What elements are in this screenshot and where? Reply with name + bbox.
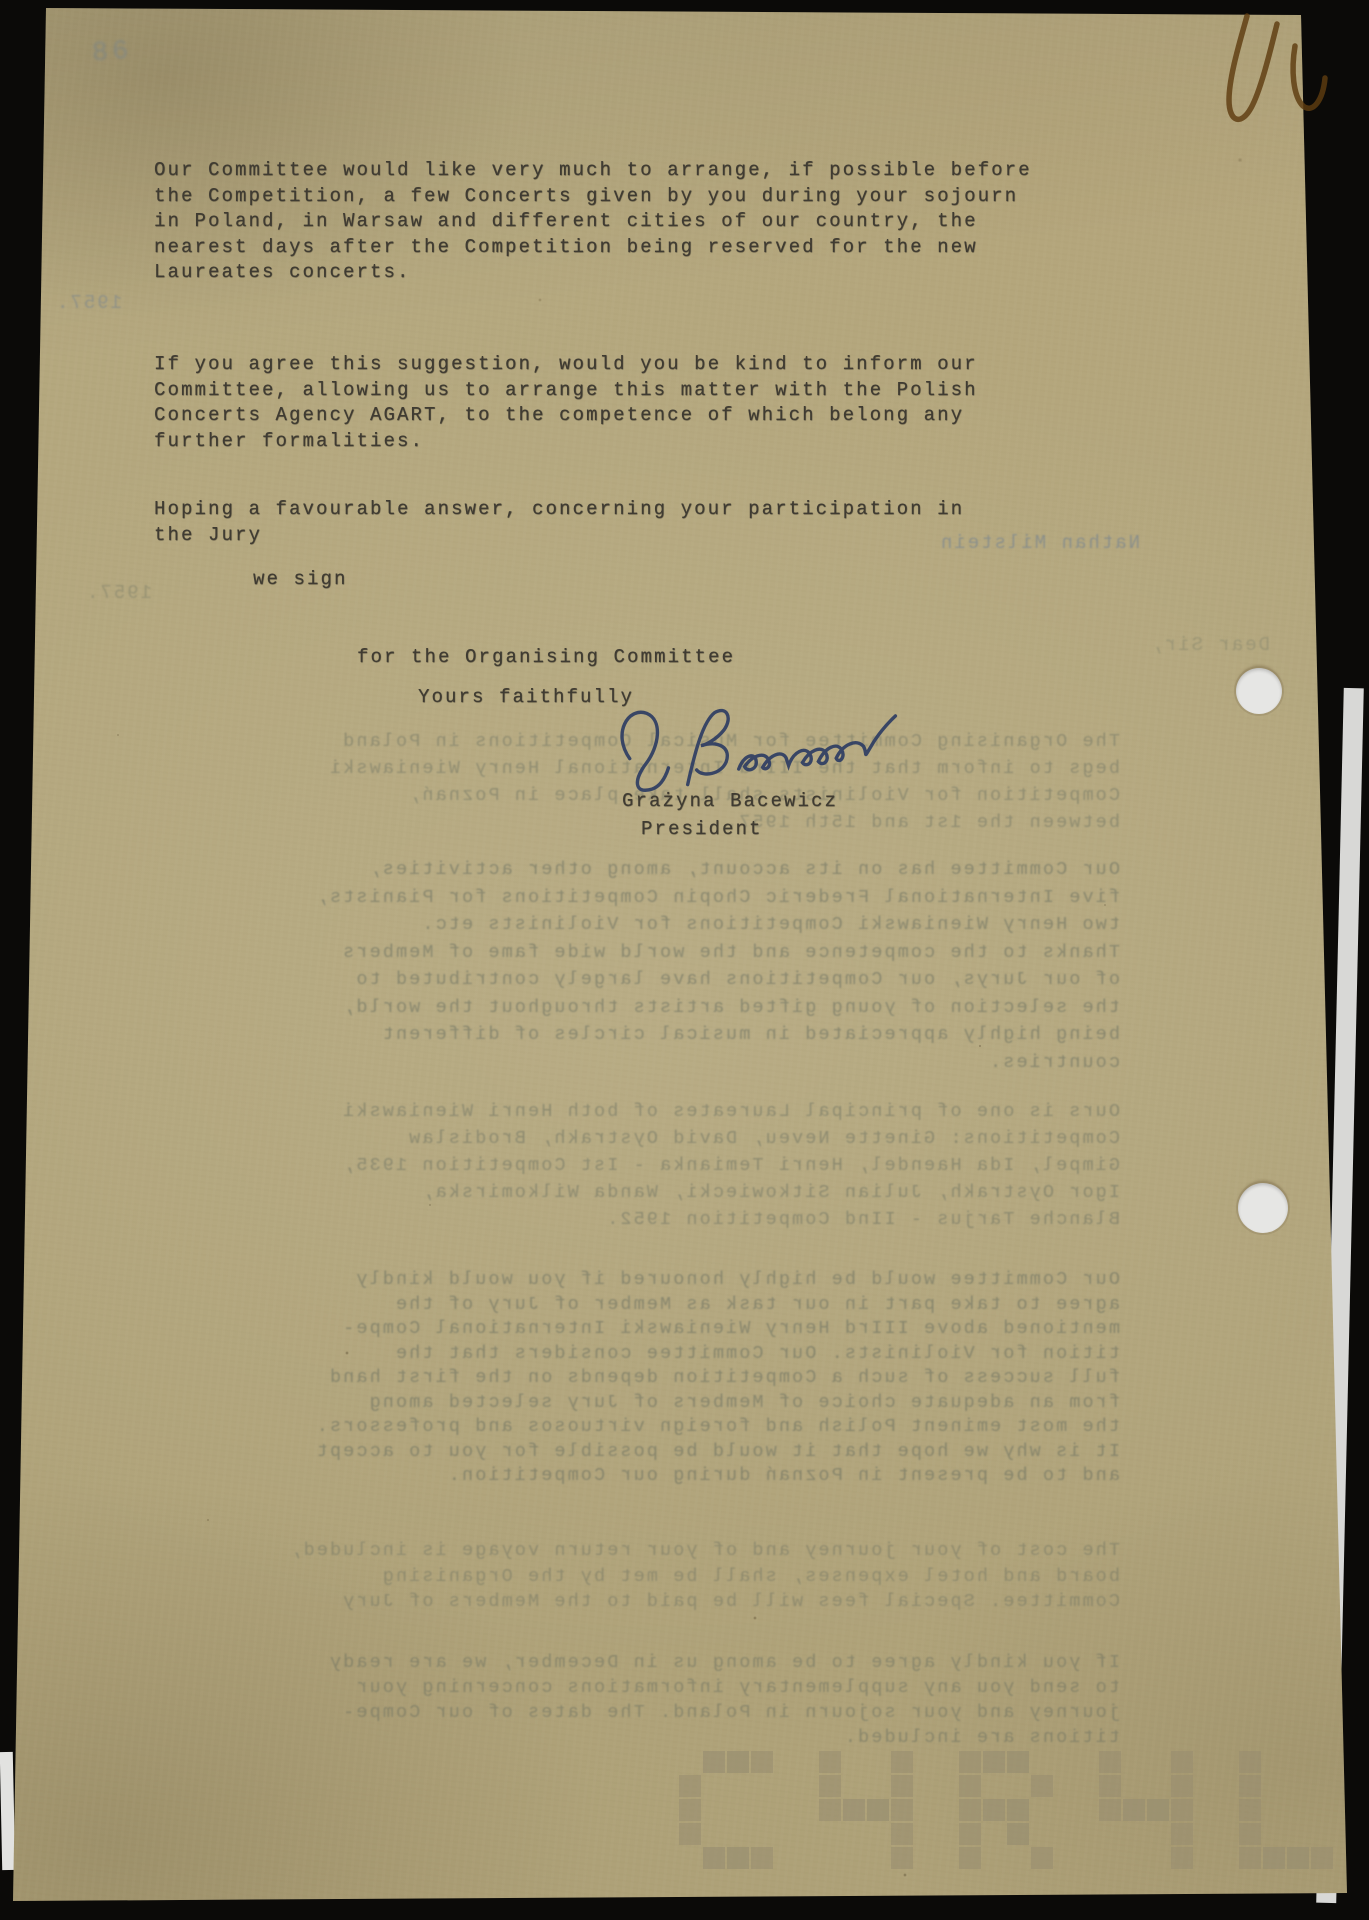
text-line: tition for Violinists. Our Committee con… <box>50 1342 1120 1367</box>
text-line: nearest days after the Competition being… <box>154 235 1032 261</box>
bleedthrough-date-2: 1957. <box>2 582 152 604</box>
text-line: Our Committee has on its account, among … <box>50 856 1120 884</box>
bleedthrough-block: If you kindly agree to be among us in De… <box>50 1650 1120 1750</box>
handwritten-corner-mark <box>1195 12 1340 157</box>
we-sign-line: we sign <box>253 568 348 590</box>
text-line: Competition for Violinists shall take pl… <box>50 782 1120 809</box>
bleedthrough-date-1: 1957. <box>2 292 122 314</box>
text-line: journey and your sojourn in Poland. The … <box>50 1700 1120 1725</box>
text-line: It is why we hope that it would be possi… <box>50 1440 1120 1465</box>
signatory-title: President <box>641 818 763 840</box>
text-line: Concerts Agency AGART, to the competence… <box>154 403 978 429</box>
text-line: from an adequate choice of Members of Ju… <box>50 1391 1120 1416</box>
text-line: Laureates concerts. <box>154 260 1032 286</box>
text-line: being highly appreciated in musical circ… <box>50 1021 1120 1049</box>
text-line: of our Jurys, our Competitions have larg… <box>50 966 1120 994</box>
hole-punch <box>1236 668 1282 714</box>
text-line: in Poland, in Warsaw and different citie… <box>154 209 1032 235</box>
paper-sheet: 86 Nathan Milstein Dear Sir, 1957. 1957.… <box>0 0 1369 1920</box>
text-line: agree to take part in our task as Member… <box>50 1293 1120 1318</box>
text-line: mentioned above IIIrd Henry Wieniawski I… <box>50 1317 1120 1342</box>
text-line: The cost of your journey and of your ret… <box>50 1538 1120 1564</box>
text-line: If you agree this suggestion, would you … <box>154 352 978 378</box>
text-line: Our Committee would like very much to ar… <box>154 158 1032 184</box>
text-line: Thanks to the competence and the world w… <box>50 939 1120 967</box>
text-line: Committee. Special fees will be paid to … <box>50 1589 1120 1615</box>
text-line: and to be present in Poznań during our C… <box>50 1464 1120 1489</box>
bleedthrough-block: Our Committee has on its account, among … <box>50 856 1120 1076</box>
text-line: countries. <box>50 1049 1120 1077</box>
bleedthrough-block: The cost of your journey and of your ret… <box>50 1538 1120 1615</box>
text-line: five International Frederic Chopin Compe… <box>50 884 1120 912</box>
text-line: full success of such a Competition depen… <box>50 1366 1120 1391</box>
letter-paragraph-3: Hoping a favourable answer, concerning y… <box>154 497 964 548</box>
text-line: Our Committee would be highly honoured i… <box>50 1268 1120 1293</box>
signatory-name: Grażyna Bacewicz <box>622 790 838 812</box>
text-line: Blanche Tarjus - IInd Competition 1952. <box>50 1206 1120 1233</box>
bleedthrough-block: Our Committee would be highly honoured i… <box>50 1268 1120 1489</box>
text-line: the selection of young gifted artists th… <box>50 994 1120 1022</box>
text-line: Igor Oystrakh, Julian Sitkowiecki, Wanda… <box>50 1179 1120 1206</box>
text-line: board and hotel expenses, shall be met b… <box>50 1564 1120 1590</box>
text-line: the Competition, a few Concerts given by… <box>154 184 1032 210</box>
text-line: If you kindly agree to be among us in De… <box>50 1650 1120 1675</box>
text-line: the most eminent Polish and foreign virt… <box>50 1415 1120 1440</box>
text-line: Ours is one of principal Laureates of bo… <box>50 1098 1120 1125</box>
text-line: Hoping a favourable answer, concerning y… <box>154 497 964 523</box>
text-line: the Jury <box>154 523 964 549</box>
text-line: two Henry Wieniawski Competitions for Vi… <box>50 911 1120 939</box>
cyryl-watermark <box>678 1750 1338 1870</box>
scanned-letter-page: 86 Nathan Milstein Dear Sir, 1957. 1957.… <box>0 0 1369 1920</box>
letter-paragraph-1: Our Committee would like very much to ar… <box>154 158 1032 286</box>
hole-punch <box>1238 1183 1288 1233</box>
bleedthrough-greeting: Dear Sir, <box>1020 634 1270 656</box>
text-line: Competitions: Ginette Neveu, David Oystr… <box>50 1125 1120 1152</box>
text-line: titions are included. <box>50 1725 1120 1750</box>
text-line: Committee, allowing us to arrange this m… <box>154 378 978 404</box>
bleedthrough-block: Ours is one of principal Laureates of bo… <box>50 1098 1120 1233</box>
text-line: between the 1st and 15th 1957. <box>50 809 1120 836</box>
text-line: further formalities. <box>154 429 978 455</box>
text-line: to send you any supplementary informatio… <box>50 1675 1120 1700</box>
signing-for-line: for the Organising Committee <box>357 646 735 668</box>
scan-edge-highlight-left <box>0 1752 15 1870</box>
letter-paragraph-2: If you agree this suggestion, would you … <box>154 352 978 454</box>
text-line: Gimpel, Ida Haendel, Henri Temianka - Is… <box>50 1152 1120 1179</box>
faint-pencil-number: 86 <box>91 37 133 70</box>
